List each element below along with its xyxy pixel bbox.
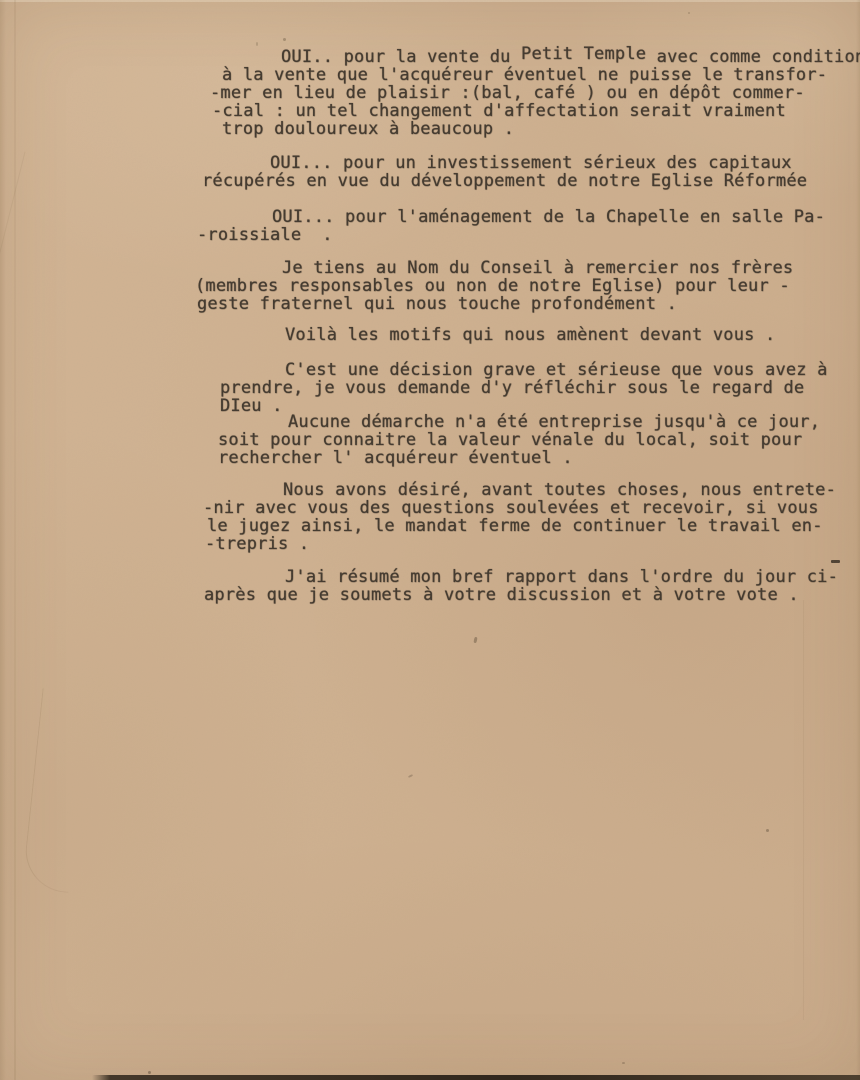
typed-line: le jugez ainsi, le mandat ferme de conti… — [207, 517, 860, 535]
typed-line: J'ai résumé mon bref rapport dans l'ordr… — [285, 568, 860, 586]
typed-line: OUI... pour un investissement sérieux de… — [270, 154, 860, 172]
typed-line: OUI... pour l'aménagement de la Chapelle… — [272, 208, 860, 226]
scan-bottom-shadow — [92, 1075, 860, 1080]
typed-line: Aucune démarche n'a été entreprise jusqu… — [288, 413, 860, 431]
typed-line: Je tiens au Nom du Conseil à remercier n… — [282, 259, 860, 277]
typed-text-layer: OUI.. pour la vente du Petit Temple avec… — [0, 0, 860, 1080]
typed-line: après que je soumets à votre discussion … — [204, 586, 860, 604]
typed-line: à la vente que l'acquéreur éventuel ne p… — [222, 66, 860, 84]
typed-line: -trepris . — [205, 535, 860, 553]
ink-speck — [148, 1071, 151, 1074]
ink-speck — [283, 38, 286, 41]
paragraph-oui-investissement: OUI... pour un investissement sérieux de… — [0, 154, 860, 190]
paragraph-motifs: Voilà les motifs qui nous amènent devant… — [0, 326, 860, 344]
typed-line: soit pour connaitre la valeur vénale du … — [218, 431, 860, 449]
typed-line: (membres responsables ou non de notre Eg… — [195, 277, 860, 295]
paragraph-ordre-du-jour: J'ai résumé mon bref rapport dans l'ordr… — [0, 568, 860, 604]
typed-line: prendre, je vous demande d'y réfléchir s… — [220, 379, 860, 397]
typed-segment-raised: Petit Temple — [521, 44, 646, 64]
typed-line: récupérés en vue du développement de not… — [202, 172, 860, 190]
paragraph-decision: C'est une décision grave et sérieuse que… — [0, 361, 860, 415]
paragraph-remerciement: Je tiens au Nom du Conseil à remercier n… — [0, 259, 860, 313]
typed-line: Voilà les motifs qui nous amènent devant… — [285, 326, 860, 344]
document-page: OUI.. pour la vente du Petit Temple avec… — [0, 0, 860, 1080]
typed-line: C'est une décision grave et sérieuse que… — [285, 361, 860, 379]
ink-speck — [622, 1062, 625, 1064]
ink-speck — [766, 829, 769, 832]
typed-line: -cial : un tel changement d'affectation … — [212, 102, 860, 120]
typed-segment: avec comme condition — [646, 47, 860, 67]
typed-line: Nous avons désiré, avant toutes choses, … — [283, 481, 860, 499]
typed-line: rechercher l' acquéreur éventuel . — [218, 449, 860, 467]
typed-line: -nir avec vous des questions soulevées e… — [203, 499, 860, 517]
typed-segment: OUI.. pour la vente du — [281, 47, 521, 67]
paragraph-oui-amenagement: OUI... pour l'aménagement de la Chapelle… — [0, 208, 860, 244]
paragraph-entretien: Nous avons désiré, avant toutes choses, … — [0, 481, 860, 553]
ink-speck — [688, 12, 690, 14]
typed-line: geste fraternel qui nous touche profondé… — [197, 295, 860, 313]
ink-mark-right-edge — [831, 560, 840, 563]
typed-line: OUI.. pour la vente du Petit Temple avec… — [281, 48, 860, 66]
typed-line: -mer en lieu de plaisir :(bal, café ) ou… — [210, 84, 860, 102]
ink-speck — [256, 42, 258, 46]
paragraph-demarche: Aucune démarche n'a été entreprise jusqu… — [0, 413, 860, 467]
typed-line: -roissiale . — [197, 226, 860, 244]
paragraph-oui-vente: OUI.. pour la vente du Petit Temple avec… — [0, 48, 860, 138]
typed-line: trop douloureux à beaucoup . — [222, 120, 860, 138]
